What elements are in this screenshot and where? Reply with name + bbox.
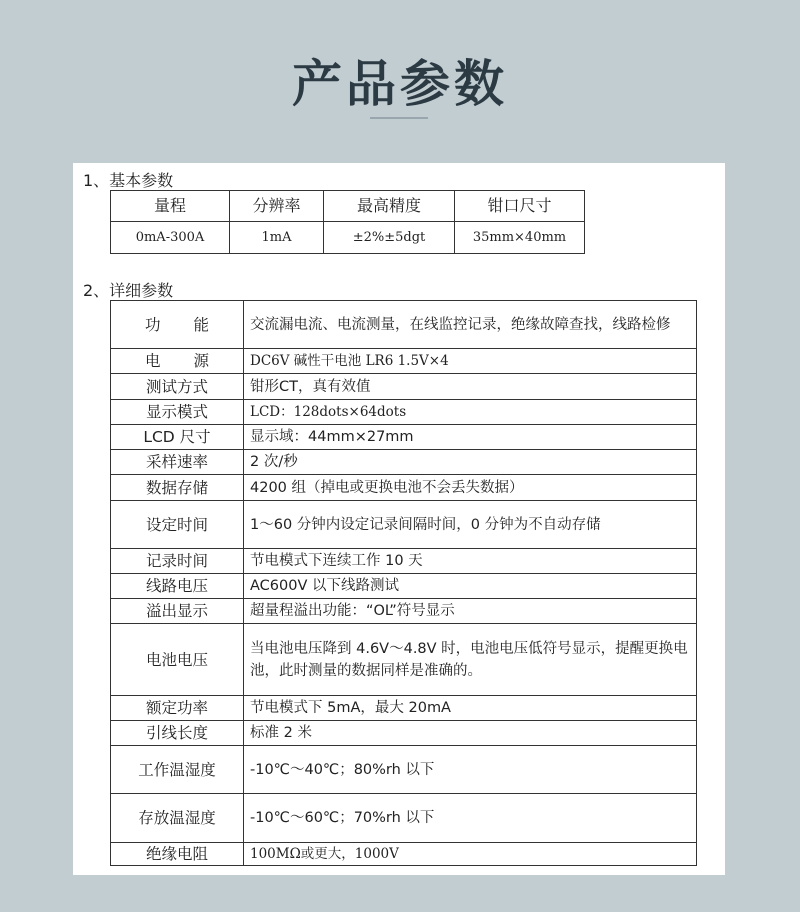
row-value: 节电模式下连续工作 10 天 (244, 549, 697, 574)
table-row: 线路电压 AC600V 以下线路测试 (111, 574, 697, 599)
value-jaw-size: 35mm×40mm (455, 222, 585, 254)
header-range: 量程 (111, 191, 230, 222)
table-row: LCD 尺寸 显示域：44mm×27mm (111, 425, 697, 450)
row-label: 存放温湿度 (111, 794, 244, 843)
table-row: 引线长度 标准 2 米 (111, 721, 697, 746)
table-header-row: 量程 分辨率 最高精度 钳口尺寸 (111, 191, 585, 222)
table-row: 采样速率 2 次/秒 (111, 450, 697, 475)
row-value: 2 次/秒 (244, 450, 697, 475)
row-label: 线路电压 (111, 574, 244, 599)
row-value: 100MΩ或更大，1000V (244, 843, 697, 866)
table-row: 功能 交流漏电流、电流测量，在线监控记录，绝缘故障查找，线路检修 (111, 301, 697, 349)
header-jaw-size: 钳口尺寸 (455, 191, 585, 222)
row-value: 标准 2 米 (244, 721, 697, 746)
row-value: 超量程溢出功能：“OL”符号显示 (244, 599, 697, 624)
row-value: 显示域：44mm×27mm (244, 425, 697, 450)
table-row: 设定时间 1～60 分钟内设定记录间隔时间，0 分钟为不自动存储 (111, 501, 697, 549)
section-basic-params-label: 1、基本参数 (83, 168, 173, 191)
row-label: 设定时间 (111, 501, 244, 549)
row-label: 采样速率 (111, 450, 244, 475)
row-value: 1～60 分钟内设定记录间隔时间，0 分钟为不自动存储 (244, 501, 697, 549)
row-value: AC600V 以下线路测试 (244, 574, 697, 599)
row-label: LCD 尺寸 (111, 425, 244, 450)
row-value: LCD：128dots×64dots (244, 400, 697, 425)
row-label: 电源 (111, 349, 244, 374)
table-row: 额定功率 节电模式下 5mA，最大 20mA (111, 696, 697, 721)
row-label-part: 电 (145, 350, 161, 372)
row-value: -10℃～60℃；70%rh 以下 (244, 794, 697, 843)
table-row: 绝缘电阻 100MΩ或更大，1000V (111, 843, 697, 866)
table-row: 工作温湿度 -10℃～40℃；80%rh 以下 (111, 746, 697, 794)
row-value: 节电模式下 5mA，最大 20mA (244, 696, 697, 721)
table-row: 数据存储 4200 组（掉电或更换电池不会丢失数据） (111, 475, 697, 501)
header-resolution: 分辨率 (230, 191, 324, 222)
row-value: 4200 组（掉电或更换电池不会丢失数据） (244, 475, 697, 501)
row-label: 功能 (111, 301, 244, 349)
title-divider (370, 117, 428, 119)
row-label: 溢出显示 (111, 599, 244, 624)
row-value: -10℃～40℃；80%rh 以下 (244, 746, 697, 794)
row-label: 绝缘电阻 (111, 843, 244, 866)
table-row: 溢出显示 超量程溢出功能：“OL”符号显示 (111, 599, 697, 624)
row-label-part: 源 (193, 350, 209, 372)
row-label: 额定功率 (111, 696, 244, 721)
row-label: 测试方式 (111, 374, 244, 400)
row-value: 钳形CT，真有效值 (244, 374, 697, 400)
row-label-part: 功 (145, 314, 161, 336)
row-label: 引线长度 (111, 721, 244, 746)
table-row: 记录时间 节电模式下连续工作 10 天 (111, 549, 697, 574)
basic-params-table: 量程 分辨率 最高精度 钳口尺寸 0mA-300A 1mA ±2%±5dgt 3… (110, 190, 585, 254)
table-row: 0mA-300A 1mA ±2%±5dgt 35mm×40mm (111, 222, 585, 254)
row-value: DC6V 碱性干电池 LR6 1.5V×4 (244, 349, 697, 374)
row-label: 记录时间 (111, 549, 244, 574)
table-row: 存放温湿度 -10℃～60℃；70%rh 以下 (111, 794, 697, 843)
detail-params-table: 功能 交流漏电流、电流测量，在线监控记录，绝缘故障查找，线路检修 电源 DC6V… (110, 300, 697, 866)
value-accuracy: ±2%±5dgt (324, 222, 455, 254)
header-accuracy: 最高精度 (324, 191, 455, 222)
table-row: 测试方式 钳形CT，真有效值 (111, 374, 697, 400)
row-label: 数据存储 (111, 475, 244, 501)
table-row: 电池电压 当电池电压降到 4.6V～4.8V 时，电池电压低符号显示，提醒更换电… (111, 624, 697, 696)
row-label-part: 能 (193, 314, 209, 336)
row-value: 交流漏电流、电流测量，在线监控记录，绝缘故障查找，线路检修 (244, 301, 697, 349)
value-range: 0mA-300A (111, 222, 230, 254)
spec-panel: 1、基本参数 量程 分辨率 最高精度 钳口尺寸 0mA-300A 1mA ±2%… (73, 163, 725, 875)
table-row: 显示模式 LCD：128dots×64dots (111, 400, 697, 425)
row-label: 电池电压 (111, 624, 244, 696)
row-label: 工作温湿度 (111, 746, 244, 794)
value-resolution: 1mA (230, 222, 324, 254)
page-title: 产品参数 (0, 44, 800, 116)
row-label: 显示模式 (111, 400, 244, 425)
row-value: 当电池电压降到 4.6V～4.8V 时，电池电压低符号显示，提醒更换电池，此时测… (244, 624, 697, 696)
section-detail-params-label: 2、详细参数 (83, 278, 173, 301)
table-row: 电源 DC6V 碱性干电池 LR6 1.5V×4 (111, 349, 697, 374)
